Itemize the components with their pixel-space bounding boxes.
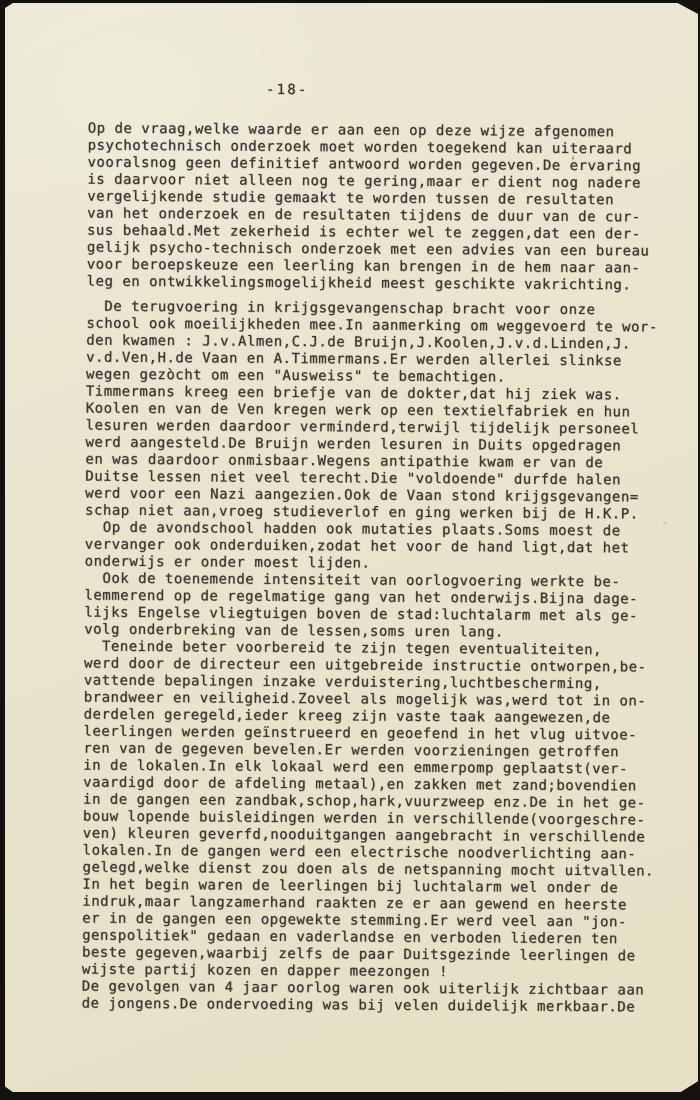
scanned-page-background: -18- Op de vraag,welke waarde er aan een… (0, 0, 700, 1100)
text-block: Op de vraag,welke waarde er aan een op d… (82, 121, 668, 1017)
paragraph-krijgsgevangenschap-en-oorlog: De terugvoering in krijgsgevangenschap b… (82, 299, 667, 1017)
paragraph-psychotechnisch-onderzoek: Op de vraag,welke waarde er aan een op d… (87, 121, 668, 295)
typewritten-content: -18- Op de vraag,welke waarde er aan een… (0, 0, 700, 1100)
page-number: -18- (266, 82, 309, 98)
